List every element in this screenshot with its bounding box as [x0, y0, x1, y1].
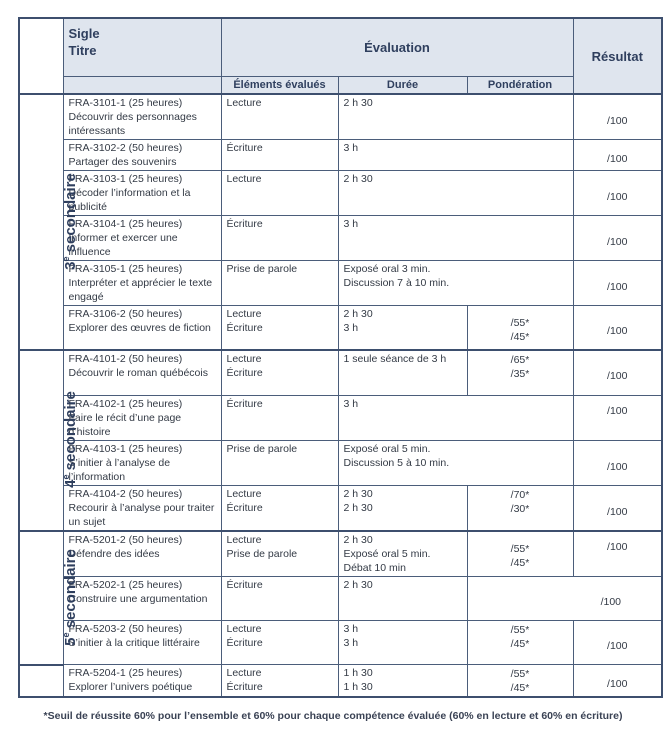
course-cell: FRA-3106-2 (50 heures)Explorer des œuvre…: [63, 306, 221, 350]
table-row: FRA-3103-1 (25 heures)Décoder l’informat…: [19, 171, 662, 216]
header-sigle-titre: Sigle Titre: [63, 18, 221, 77]
elements-cell: LectureÉcriture: [221, 665, 338, 698]
course-cell: FRA-4101-2 (50 heures)Découvrir le roman…: [63, 350, 221, 396]
course-code: FRA-4101-2 (50 heures): [69, 352, 216, 366]
course-title: Partager des souvenirs: [69, 155, 216, 169]
header-elements: Éléments évalués: [221, 77, 338, 95]
duree-cell: 1 seule séance de 3 h: [338, 350, 467, 396]
duree-value: 2 h 30: [344, 172, 568, 186]
table-row: FRA-5204-1 (25 heures)Explorer l’univers…: [19, 665, 662, 698]
table-row: FRA-3102-2 (50 heures)Partager des souve…: [19, 140, 662, 171]
result-cell[interactable]: /100: [573, 665, 662, 698]
evaluated-element: Écriture: [227, 141, 333, 155]
course-title: S’initier à l’analyse de l’information: [69, 456, 216, 484]
result-cell[interactable]: /100: [573, 621, 662, 665]
elements-cell: LectureÉcriture: [221, 486, 338, 532]
result-cell[interactable]: /100: [573, 350, 662, 396]
table-row: FRA-3106-2 (50 heures)Explorer des œuvre…: [19, 306, 662, 350]
course-title: Découvrir des personnages intéressants: [69, 110, 216, 138]
duree-value: 3 h: [344, 141, 568, 155]
course-title: Défendre des idées: [69, 547, 216, 561]
evaluated-element: Lecture: [227, 96, 333, 110]
course-cell: FRA-3101-1 (25 heures)Découvrir des pers…: [63, 94, 221, 140]
course-code: FRA-4104-2 (50 heures): [69, 487, 216, 501]
table-row: 5e secondaireFRA-5201-2 (50 heures)Défen…: [19, 531, 662, 577]
elements-cell: Écriture: [221, 140, 338, 171]
course-title: Découvrir le roman québécois: [69, 366, 216, 380]
result-cell[interactable]: /100: [573, 140, 662, 171]
course-cell: FRA-3105-1 (25 heures)Interpréter et app…: [63, 261, 221, 306]
elements-cell: Prise de parole: [221, 441, 338, 486]
duree-value: 2 h 30: [344, 307, 462, 321]
result-value: /100: [607, 541, 627, 553]
elements-cell: LectureÉcriture: [221, 306, 338, 350]
course-cell: FRA-3104-1 (25 heures)Informer et exerce…: [63, 216, 221, 261]
ponderation-cell: /70*/30*: [467, 486, 573, 532]
duree-value: 2 h 30: [344, 96, 568, 110]
result-value: /100: [607, 640, 627, 652]
result-cell[interactable]: /100: [573, 441, 662, 486]
result-value: /100: [607, 370, 627, 382]
duree-cell: 2 h 30Exposé oral 5 min.Débat 10 min: [338, 531, 467, 577]
duree-value: 3 h: [344, 217, 568, 231]
course-cell: FRA-5204-1 (25 heures)Explorer l’univers…: [63, 665, 221, 698]
course-cell: FRA-5202-1 (25 heures)Construire une arg…: [63, 577, 221, 621]
result-cell[interactable]: /100: [573, 261, 662, 306]
result-value: /100: [607, 153, 627, 165]
table-row: FRA-3104-1 (25 heures)Informer et exerce…: [19, 216, 662, 261]
evaluated-element: Lecture: [227, 307, 333, 321]
course-code: FRA-4102-1 (25 heures): [69, 397, 216, 411]
evaluated-element: Écriture: [227, 680, 333, 694]
evaluated-element: Écriture: [227, 397, 333, 411]
course-title: Informer et exercer une influence: [69, 231, 216, 259]
result-value: /100: [601, 596, 621, 608]
result-cell[interactable]: /100: [573, 94, 662, 140]
evaluated-element: Écriture: [227, 217, 333, 231]
duree-cell: Exposé oral 3 min.Discussion 7 à 10 min.: [338, 261, 573, 306]
header-resultat: Résultat: [573, 18, 662, 94]
duree-cell: 1 h 301 h 30: [338, 665, 467, 698]
course-code: FRA-5203-2 (50 heures): [69, 622, 216, 636]
elements-cell: Lecture: [221, 171, 338, 216]
section-label: 4e secondaire: [59, 391, 78, 488]
course-title: Décoder l’information et la publicité: [69, 186, 216, 214]
section-label-cell: 3e secondaire: [19, 94, 63, 350]
evaluated-element: Écriture: [227, 578, 333, 592]
duree-cell: 2 h 302 h 30: [338, 486, 467, 532]
duree-value: 1 seule séance de 3 h: [344, 352, 462, 366]
duree-value: Exposé oral 3 min.: [344, 262, 568, 276]
ponderation-value: /35*: [473, 367, 568, 381]
section-label: 3e secondaire: [59, 173, 78, 270]
evaluation-table: Sigle Titre Évaluation Résultat Éléments…: [18, 17, 663, 698]
table-row: 3e secondaireFRA-3101-1 (25 heures)Décou…: [19, 94, 662, 140]
elements-cell: LectureÉcriture: [221, 350, 338, 396]
duree-value: Discussion 7 à 10 min.: [344, 276, 568, 290]
elements-cell: LectureÉcriture: [221, 621, 338, 665]
header-blank: [63, 77, 221, 95]
evaluated-element: Prise de parole: [227, 442, 333, 456]
duree-value: Exposé oral 5 min.: [344, 547, 462, 561]
ponderation-cell: /55*/45*: [467, 531, 573, 577]
duree-value: 1 h 30: [344, 680, 462, 694]
course-cell: FRA-5203-2 (50 heures)S’initier à la cri…: [63, 621, 221, 665]
course-code: FRA-3102-2 (50 heures): [69, 141, 216, 155]
duree-value: 2 h 30: [344, 501, 462, 515]
table-row: FRA-3105-1 (25 heures)Interpréter et app…: [19, 261, 662, 306]
duree-cell: 3 h: [338, 216, 573, 261]
evaluated-element: Lecture: [227, 622, 333, 636]
ponderation-value: /30*: [473, 502, 568, 516]
evaluated-element: Prise de parole: [227, 262, 333, 276]
header-evaluation: Évaluation: [221, 18, 573, 77]
elements-cell: Écriture: [221, 396, 338, 441]
table-row: FRA-5202-1 (25 heures)Construire une arg…: [19, 577, 662, 621]
duree-cell: 3 h3 h: [338, 621, 467, 665]
course-code: FRA-3101-1 (25 heures): [69, 96, 216, 110]
ponderation-cell: /55*/45*: [467, 306, 573, 350]
course-title: Explorer l’univers poétique: [69, 680, 216, 694]
duree-value: 3 h: [344, 636, 462, 650]
course-title: Explorer des œuvres de fiction: [69, 321, 216, 335]
footnote: *Seuil de réussite 60% pour l’ensemble e…: [0, 710, 666, 722]
elements-cell: Lecture: [221, 94, 338, 140]
course-title: S’initier à la critique littéraire: [69, 636, 216, 650]
duree-value: 2 h 30: [344, 533, 462, 547]
ponderation-value: /55*: [473, 542, 568, 556]
result-value: /100: [607, 506, 627, 518]
result-value: /100: [607, 461, 627, 473]
duree-value: 3 h: [344, 321, 462, 335]
duree-cell: 3 h: [338, 140, 573, 171]
table-row: FRA-4102-1 (25 heures)Faire le récit d’u…: [19, 396, 662, 441]
duree-cell: 2 h 303 h: [338, 306, 467, 350]
result-value: /100: [607, 281, 627, 293]
header-duree: Durée: [338, 77, 467, 95]
result-cell[interactable]: /100: [573, 216, 662, 261]
table-row: 4e secondaireFRA-4101-2 (50 heures)Décou…: [19, 350, 662, 396]
course-code: FRA-3104-1 (25 heures): [69, 217, 216, 231]
header-corner: [19, 18, 63, 94]
course-code: FRA-4103-1 (25 heures): [69, 442, 216, 456]
course-code: FRA-5202-1 (25 heures): [69, 578, 216, 592]
ponderation-value: /45*: [473, 637, 568, 651]
evaluated-element: Lecture: [227, 172, 333, 186]
elements-cell: Écriture: [221, 577, 338, 621]
course-title: Faire le récit d’une page d’histoire: [69, 411, 216, 439]
duree-cell: Exposé oral 5 min.Discussion 5 à 10 min.: [338, 441, 573, 486]
duree-cell: 2 h 30: [338, 577, 467, 621]
result-cell[interactable]: /100: [573, 306, 662, 350]
header-sigle: Sigle: [69, 25, 216, 42]
elements-cell: Écriture: [221, 216, 338, 261]
result-cell[interactable]: /100: [573, 486, 662, 532]
result-value: /100: [607, 405, 627, 417]
table-row: FRA-5203-2 (50 heures)S’initier à la cri…: [19, 621, 662, 665]
course-cell: FRA-4104-2 (50 heures)Recourir à l’analy…: [63, 486, 221, 532]
section-label: 5e secondaire: [59, 549, 78, 646]
course-code: FRA-5204-1 (25 heures): [69, 666, 216, 680]
elements-cell: LecturePrise de parole: [221, 531, 338, 577]
result-cell[interactable]: /100: [573, 171, 662, 216]
course-code: FRA-3105-1 (25 heures): [69, 262, 216, 276]
course-cell: FRA-3102-2 (50 heures)Partager des souve…: [63, 140, 221, 171]
ponderation-value: /45*: [473, 556, 568, 570]
evaluated-element: Lecture: [227, 533, 333, 547]
ponderation-cell: /55*/45*: [467, 621, 573, 665]
evaluated-element: Lecture: [227, 352, 333, 366]
ponderation-value: /65*: [473, 353, 568, 367]
evaluated-element: Prise de parole: [227, 547, 333, 561]
course-code: FRA-5201-2 (50 heures): [69, 533, 216, 547]
duree-value: 2 h 30: [344, 487, 462, 501]
ponderation-value: /45*: [473, 330, 568, 344]
header-ponderation: Pondération: [467, 77, 573, 95]
duree-cell: 2 h 30: [338, 171, 573, 216]
duree-value: Exposé oral 5 min.: [344, 442, 568, 456]
ponderation-value: /45*: [473, 681, 568, 695]
section-label-cell: [19, 665, 63, 698]
duree-cell: 2 h 30: [338, 94, 573, 140]
duree-value: 3 h: [344, 622, 462, 636]
elements-cell: Prise de parole: [221, 261, 338, 306]
course-cell: FRA-4102-1 (25 heures)Faire le récit d’u…: [63, 396, 221, 441]
duree-value: Débat 10 min: [344, 561, 462, 575]
table-row: FRA-4104-2 (50 heures)Recourir à l’analy…: [19, 486, 662, 532]
course-title: Construire une argumentation: [69, 592, 216, 606]
result-cell[interactable]: /100: [573, 396, 662, 441]
header-titre: Titre: [69, 42, 216, 59]
table-row: FRA-4103-1 (25 heures)S’initier à l’anal…: [19, 441, 662, 486]
evaluated-element: Lecture: [227, 666, 333, 680]
course-title: Recourir à l’analyse pour traiter un suj…: [69, 501, 216, 529]
result-value: /100: [607, 115, 627, 127]
ponderation-cell: /65*/35*: [467, 350, 573, 396]
ponderation-cell: /55*/45*: [467, 665, 573, 698]
result-value: /100: [607, 236, 627, 248]
course-cell: FRA-5201-2 (50 heures)Défendre des idées: [63, 531, 221, 577]
duree-value: 3 h: [344, 397, 568, 411]
course-code: FRA-3106-2 (50 heures): [69, 307, 216, 321]
result-cell[interactable]: /100: [573, 531, 662, 577]
course-code: FRA-3103-1 (25 heures): [69, 172, 216, 186]
duree-value: Discussion 5 à 10 min.: [344, 456, 568, 470]
course-title: Interpréter et apprécier le texte engagé: [69, 276, 216, 304]
course-cell: FRA-3103-1 (25 heures)Décoder l’informat…: [63, 171, 221, 216]
duree-value: 2 h 30: [344, 578, 462, 592]
evaluated-element: Écriture: [227, 366, 333, 380]
result-cell[interactable]: /100: [467, 577, 662, 621]
evaluated-element: Écriture: [227, 636, 333, 650]
course-cell: FRA-4103-1 (25 heures)S’initier à l’anal…: [63, 441, 221, 486]
ponderation-value: /55*: [473, 316, 568, 330]
result-value: /100: [607, 325, 627, 337]
result-value: /100: [607, 191, 627, 203]
ponderation-value: /55*: [473, 667, 568, 681]
ponderation-value: /55*: [473, 623, 568, 637]
evaluated-element: Écriture: [227, 501, 333, 515]
course-rows: 3e secondaireFRA-3101-1 (25 heures)Décou…: [19, 94, 662, 697]
result-value: /100: [607, 678, 627, 690]
ponderation-value: /70*: [473, 488, 568, 502]
evaluated-element: Écriture: [227, 321, 333, 335]
section-label-cell: 5e secondaire: [19, 531, 63, 665]
duree-value: 1 h 30: [344, 666, 462, 680]
section-label-cell: 4e secondaire: [19, 350, 63, 532]
evaluated-element: Lecture: [227, 487, 333, 501]
duree-cell: 3 h: [338, 396, 573, 441]
